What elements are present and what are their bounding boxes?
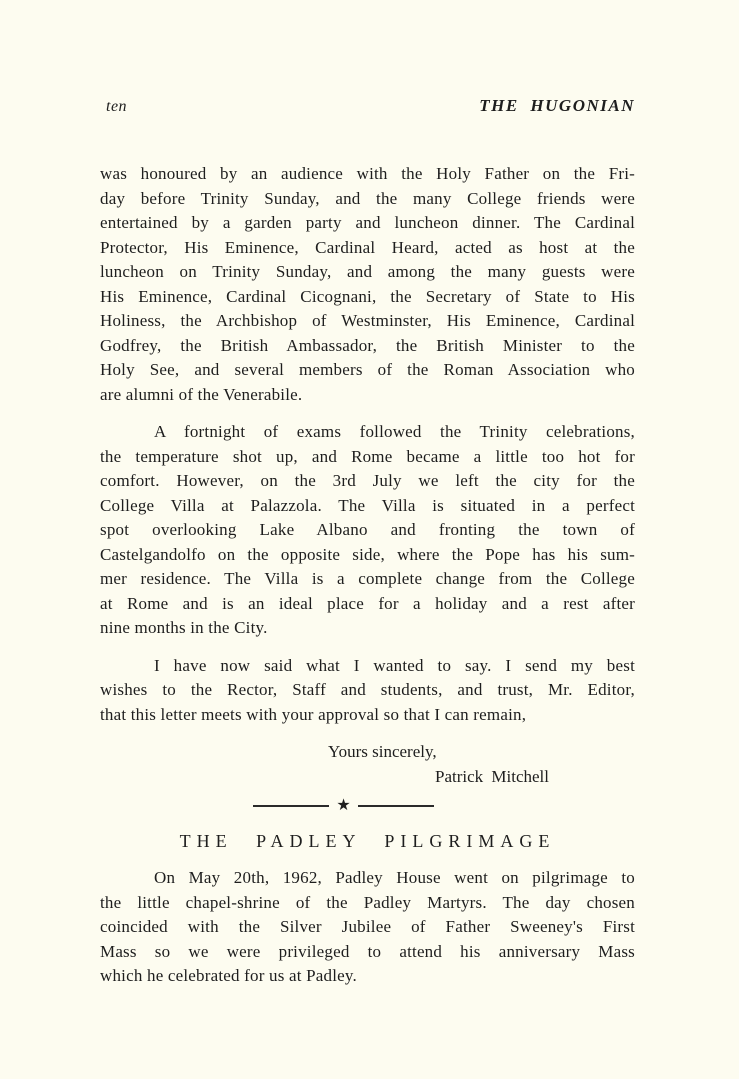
letter-paragraph-3: I have now said what I wanted to say. I … (100, 654, 635, 728)
text-line: spot overlooking Lake Albano and frontin… (100, 518, 635, 543)
text-line: I have now said what I wanted to say. I … (100, 654, 635, 679)
text-line: Godfrey, the British Ambassador, the Bri… (100, 334, 635, 359)
article-heading: THE PADLEY PILGRIMAGE (100, 829, 635, 853)
text-line: entertained by a garden party and lunche… (100, 211, 635, 236)
text-line: Protector, His Eminence, Cardinal Heard,… (100, 236, 635, 261)
letter-closing: Yours sincerely, Patrick Mitchell (100, 740, 635, 789)
text-line: On May 20th, 1962, Padley House went on … (100, 866, 635, 891)
letter-paragraph-2: A fortnight of exams followed the Trinit… (100, 420, 635, 641)
text-line: Castelgandolfo on the opposite side, whe… (100, 543, 635, 568)
text-line: at Rome and is an ideal place for a holi… (100, 592, 635, 617)
signature: Patrick Mitchell (435, 765, 635, 790)
text-line: was honoured by an audience with the Hol… (100, 162, 635, 187)
text-line: the little chapel-shrine of the Padley M… (100, 891, 635, 916)
text-line: are alumni of the Venerabile. (100, 383, 635, 408)
text-line: A fortnight of exams followed the Trinit… (100, 420, 635, 445)
running-head: ten THE HUGONIAN (0, 96, 739, 118)
text-line: nine months in the City. (100, 616, 635, 641)
page-body: was honoured by an audience with the Hol… (0, 162, 739, 989)
journal-title: THE HUGONIAN (479, 96, 635, 116)
text-line: the temperature shot up, and Rome became… (100, 445, 635, 470)
divider-rule-left (253, 805, 329, 807)
article-paragraph-1: On May 20th, 1962, Padley House went on … (100, 866, 635, 989)
text-line: His Eminence, Cardinal Cicognani, the Se… (100, 285, 635, 310)
text-line: mer residence. The Villa is a complete c… (100, 567, 635, 592)
text-line: luncheon on Trinity Sunday, and among th… (100, 260, 635, 285)
letter-paragraph-1: was honoured by an audience with the Hol… (100, 162, 635, 407)
text-line: which he celebrated for us at Padley. (100, 964, 635, 989)
divider-rule-right (358, 805, 434, 807)
star-icon: ★ (336, 798, 350, 814)
star-divider: ★ (76, 795, 611, 817)
text-line: Holy See, and several members of the Rom… (100, 358, 635, 383)
valediction: Yours sincerely, (328, 740, 635, 765)
text-line: College Villa at Palazzola. The Villa is… (100, 494, 635, 519)
text-line: wishes to the Rector, Staff and students… (100, 678, 635, 703)
text-line: that this letter meets with your approva… (100, 703, 635, 728)
text-line: Mass so we were privileged to attend his… (100, 940, 635, 965)
text-line: day before Trinity Sunday, and the many … (100, 187, 635, 212)
text-line: comfort. However, on the 3rd July we lef… (100, 469, 635, 494)
scanned-book-page: ten THE HUGONIAN was honoured by an audi… (0, 0, 739, 1079)
page-number: ten (106, 98, 127, 116)
text-line: Holiness, the Archbishop of Westminster,… (100, 309, 635, 334)
text-line: coincided with the Silver Jubilee of Fat… (100, 915, 635, 940)
